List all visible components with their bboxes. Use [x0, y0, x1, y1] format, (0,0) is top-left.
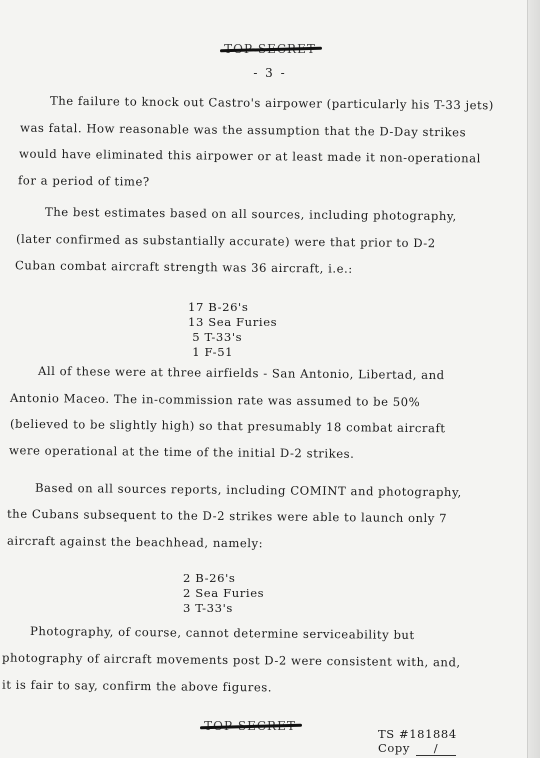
paragraph-4-line-2: the Cubans subsequent to the D-2 strikes…: [7, 507, 447, 526]
paragraph-4-line-3: aircraft against the beachhead, namely:: [7, 534, 263, 551]
paragraph-1-line-4: for a period of time?: [18, 173, 150, 188]
paragraph-5-line-3: it is fair to say, confirm the above fig…: [2, 678, 272, 695]
list-item: 17 B-26's: [188, 300, 248, 314]
ts-number: TS #181884: [378, 727, 457, 741]
paragraph-4-line-1: Based on all sources reports, including …: [35, 481, 462, 499]
paragraph-5-line-2: photography of aircraft movements post D…: [2, 651, 461, 670]
paragraph-3-line-2: Antonio Maceo. The in-commission rate wa…: [10, 391, 420, 409]
paragraph-1-line-3: would have eliminated this airpower or a…: [19, 147, 481, 166]
list-item: 2 B-26's: [183, 571, 235, 585]
page-edge: [527, 0, 540, 758]
paragraph-2-line-1: The best estimates based on all sources,…: [45, 205, 457, 223]
list-item: 3 T-33's: [183, 601, 233, 615]
list-item: 2 Sea Furies: [183, 586, 264, 600]
list-item: 13 Sea Furies: [188, 315, 277, 329]
paragraph-2-line-3: Cuban combat aircraft strength was 36 ai…: [15, 258, 353, 276]
list-item: 1 F-51: [188, 345, 233, 359]
paragraph-3-line-4: were operational at the time of the init…: [9, 443, 355, 461]
list-item: 5 T-33's: [188, 330, 242, 344]
copy-label: Copy: [378, 741, 410, 755]
header-classification: TOP SECRET: [0, 42, 540, 56]
paragraph-3-line-3: (believed to be slightly high) so that p…: [10, 417, 446, 436]
copy-value: /: [416, 741, 456, 756]
paragraph-1-line-2: was fatal. How reasonable was the assump…: [20, 121, 466, 140]
paragraph-1-line-1: The failure to knock out Castro's airpow…: [50, 94, 494, 113]
paragraph-3-line-1: All of these were at three airfields - S…: [38, 364, 445, 382]
paragraph-5-line-1: Photography, of course, cannot determine…: [30, 624, 415, 642]
paragraph-2-line-2: (later confirmed as substantially accura…: [16, 232, 436, 250]
copy-number: Copy/: [378, 741, 456, 756]
page-number: - 3 -: [0, 66, 540, 80]
classification-stamp: TOP SECRET: [224, 42, 316, 56]
classification-stamp: TOP SECRET: [204, 719, 296, 733]
